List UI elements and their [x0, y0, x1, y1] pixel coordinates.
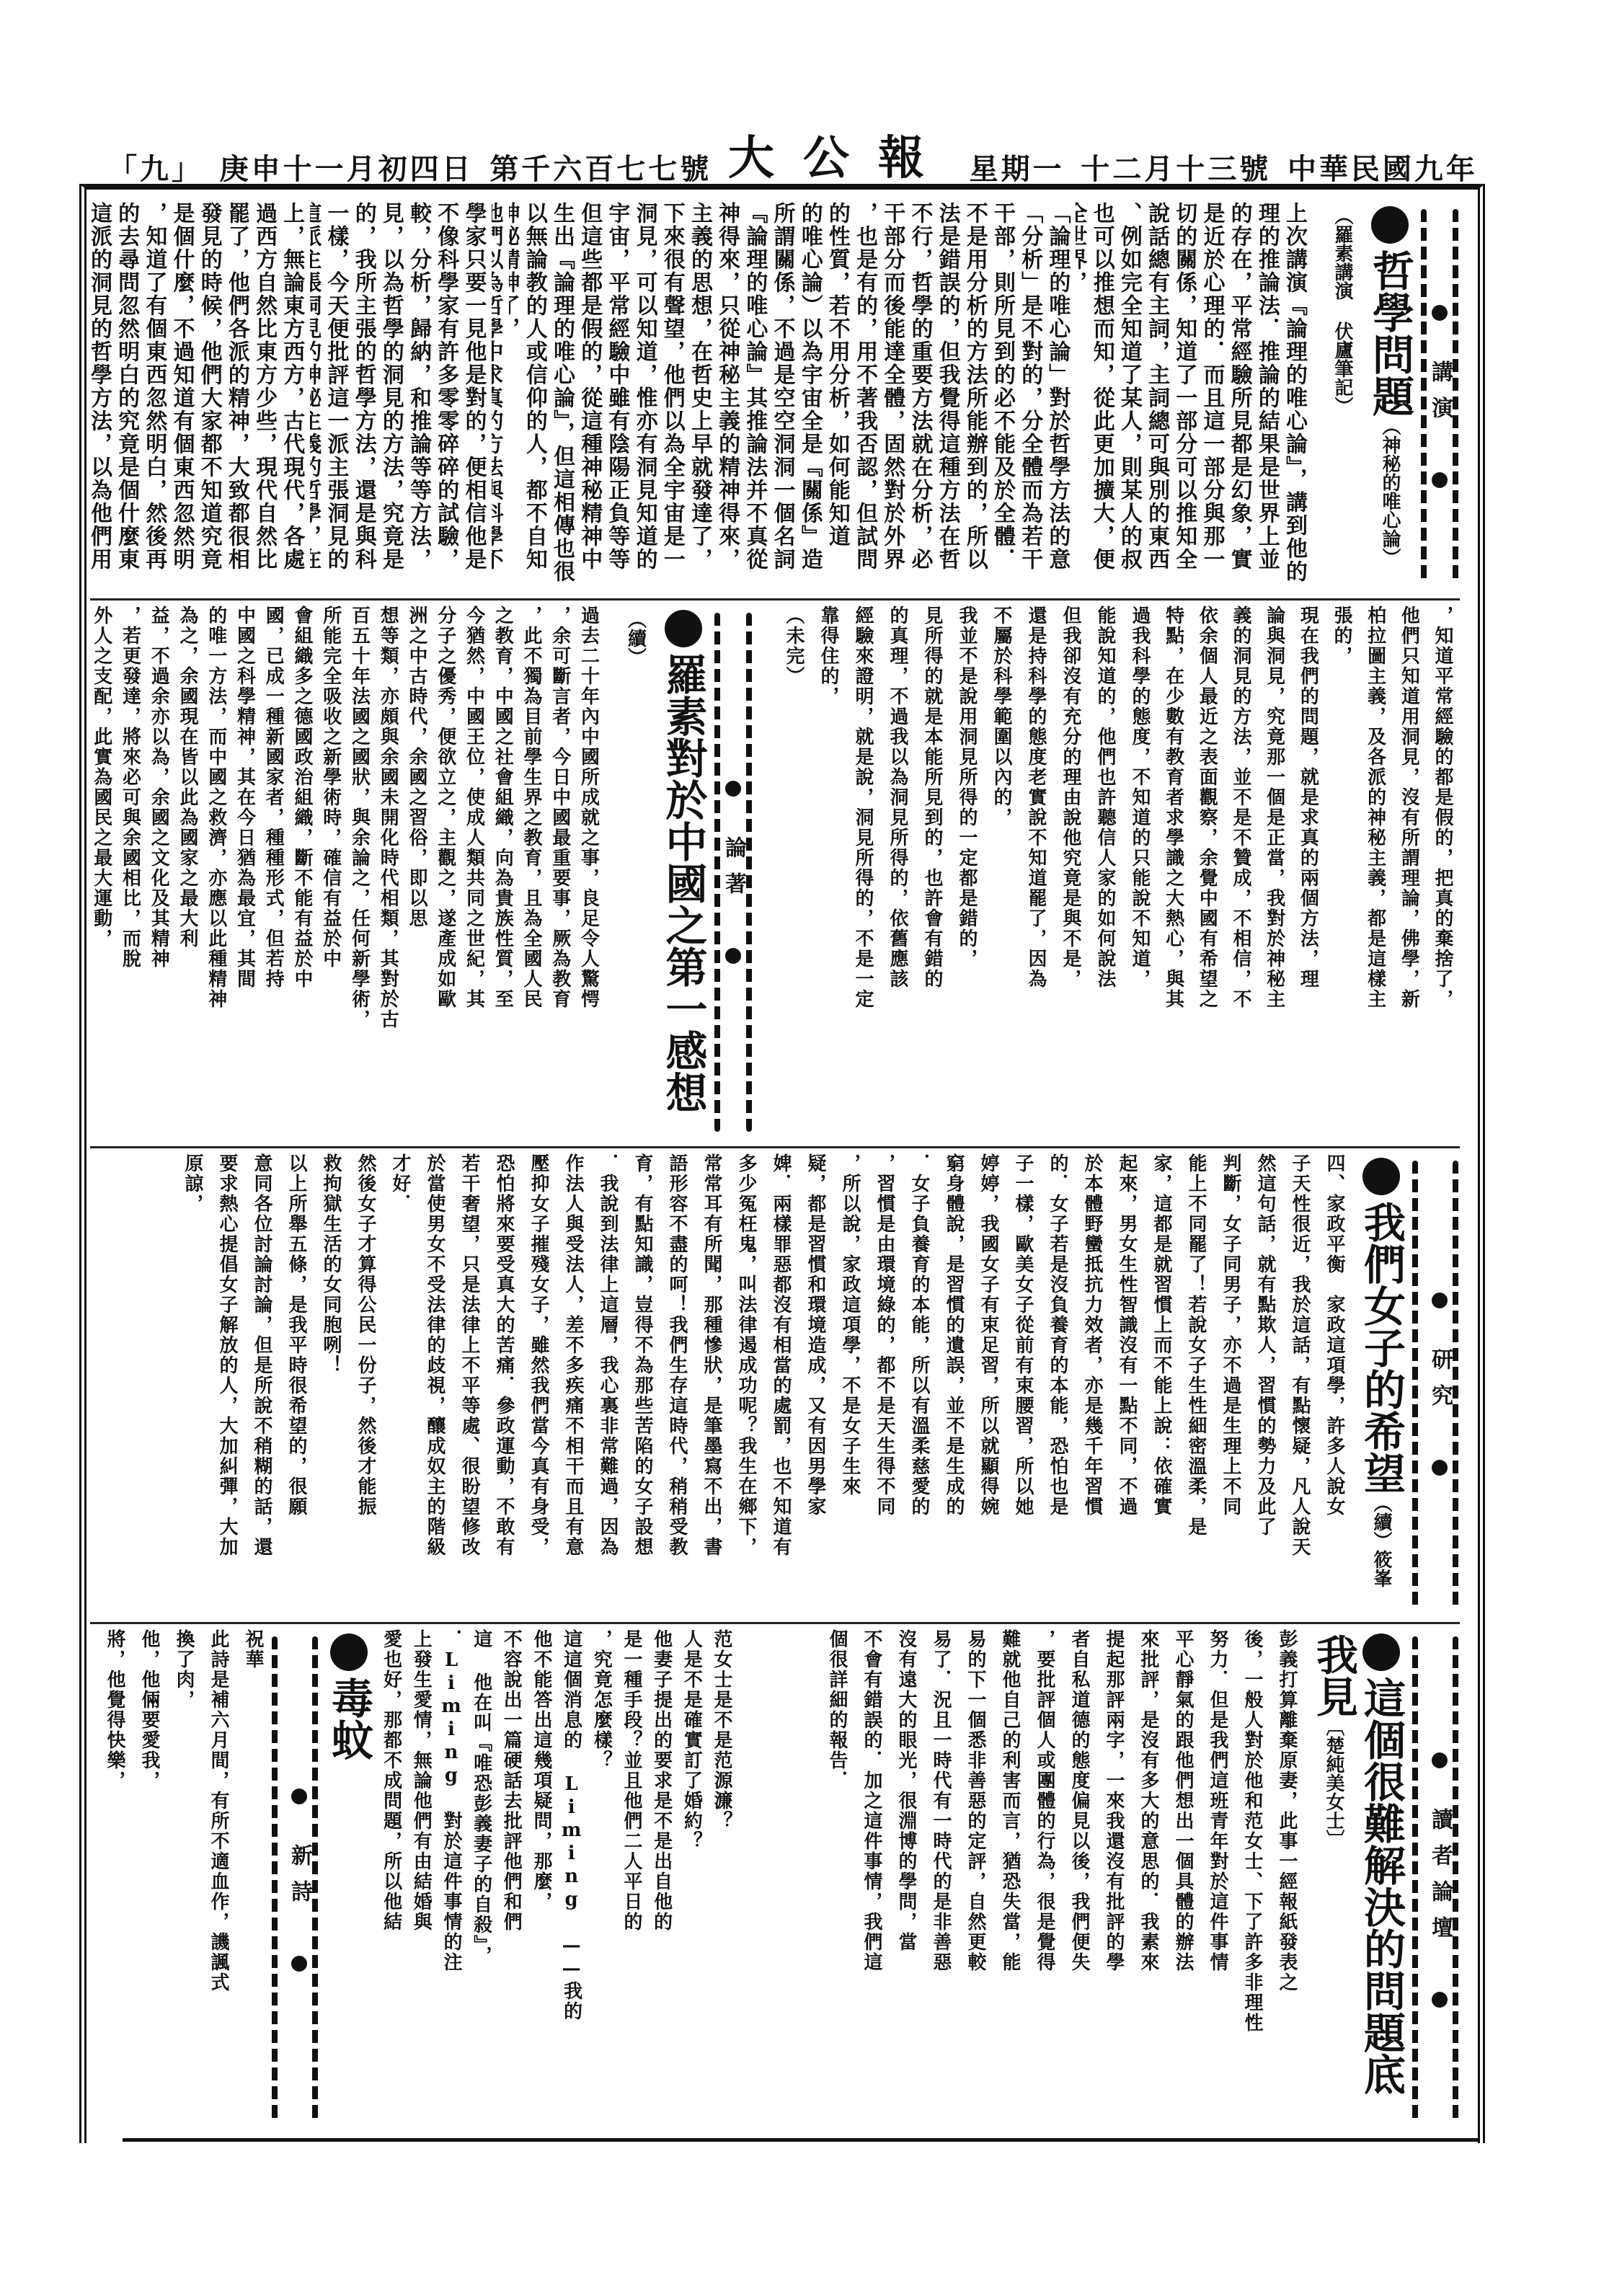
article-col: 他妻子提出的要求是不是出自他的: [649, 1622, 679, 2137]
article-col: 上次講演『論理的唯心論』，講到他的結: [1285, 195, 1313, 598]
bullet-icon: [1362, 1634, 1400, 1671]
right-col: 特點，在少數有教育者求學識之大熱心，與其: [1157, 598, 1191, 1146]
article-col: 彭義打算離棄原妻，此事一經報紙發表之: [1269, 1622, 1304, 2137]
bullet-icon: [291, 1956, 307, 1972]
article-col: 較，分析，歸納，和推論等等方法，但: [409, 195, 437, 598]
article-col: 意同各位討論討論，但是所說不稍糊的話，還: [244, 1146, 279, 1622]
article-col: 者自私道德的態度偏見以後，我們便失: [1062, 1622, 1096, 2137]
tail-col: 見所得的就是本能所見到的，也許會有錯的: [915, 598, 949, 1146]
band-commentary: ，知道平常經驗的都是假的，把真的棄捨了， 他們只知道用洞見，沒有所謂理論，佛學，…: [90, 598, 1460, 1148]
poem-line: 換了肉，: [167, 1622, 201, 2137]
publication-date: 十二月十三號: [1081, 146, 1271, 187]
article-col: 作法人與受法人，差不多疾痛不相干而且有意: [556, 1146, 590, 1622]
rubric-research: 研究: [1411, 1146, 1460, 1622]
article-col: 益，不過余亦以為，余國之文化及其精神: [148, 598, 177, 1146]
article-col: 中國之科學精神，其在今日猶為最宜，其間: [234, 598, 262, 1146]
forum-continuation: 范女士是不是范源濂？ 人是不是確實訂了婚約？ 他妻子提出的要求是不是出自他的 是…: [378, 1622, 739, 2137]
bullet-icon: [725, 948, 741, 964]
article-col: 以上所舉五條，是我平時很希望的，很願: [279, 1146, 314, 1622]
article-col: 過西方自然比東方少些，現代自然比古: [255, 195, 283, 598]
article-col: 然後女子才算得公民一份子，然後才能振: [348, 1146, 383, 1622]
article-col: 上，無論東方西方，古代現代，各處都: [283, 195, 310, 598]
article-col: ．Liming 對於這件事情的注: [438, 1622, 469, 2137]
article-col: 但這些都是假的，從這種神秘精神中影: [580, 195, 608, 598]
article-col: ，余可斷言者，今日中國最重要事，厥為教育: [549, 598, 577, 1146]
article-col: 洞見，可以知道，惟亦有洞見知道的纔: [635, 195, 662, 598]
article-col: 的唯心論）以為宇宙全是『關係』造成的: [801, 195, 828, 598]
article-col: 「分析」是不對的，分全體而為若干部分: [1021, 195, 1048, 598]
article-col: 的唯一方法，而中國之救濟，亦應以此種精神: [205, 598, 234, 1146]
article-col: 若干奢望，只是法律上不平等處、很盼望修改: [452, 1146, 487, 1622]
article-col: 這派主張洞見的神秘主義的哲學，在: [310, 195, 327, 598]
lunar-date: 庚申十一月初四日: [220, 146, 474, 187]
article-col: 這派的洞見的哲學方法，以為他們用了神秘: [90, 195, 118, 598]
article-col: 提起那評兩字，一來我還沒有批評的學: [1096, 1622, 1131, 2137]
article-col: 之教育，中國之社會組織，向為貴族性質，至: [492, 598, 520, 1146]
article-col: 全世界，: [1076, 195, 1092, 598]
article-col: 的存在，平常經驗所見都是幻象，實際存在的: [1230, 195, 1257, 598]
article-col: 子天性很近，我於這話，有點懷疑，凡人說天: [1282, 1146, 1317, 1622]
tail-col: 不屬於科學範圍以內的，: [984, 598, 1019, 1146]
article-col: 干部，則所見到的必不能及於全體．知道: [993, 195, 1021, 598]
article-col: 下來很有聲望，他們以為全宇宙是一個: [663, 195, 691, 598]
band-research: 研究 我們女子的希望（續）筱峯 四、家政平衡 家政這項學，許多人說女 子天性很近…: [90, 1146, 1460, 1624]
article-col: 才好．: [383, 1146, 417, 1622]
women-hope-section: 研究 我們女子的希望（續）筱峯 四、家政平衡 家政這項學，許多人說女 子天性很近…: [90, 1146, 1460, 1622]
article-col: 分子之優秀，便欲立之，主觀之，遂產成如歐: [434, 598, 463, 1146]
page-number: 「九」: [108, 146, 203, 187]
article-col: 神秘精神了，: [509, 195, 526, 598]
article-col: 這 他在叫『唯恐彭義妻子的自殺』，: [469, 1622, 499, 2137]
article-col: 沒有遠大的眼光，很淵博的學問，當: [889, 1622, 923, 2137]
article-col: 愛也好，那都不成問題，所以他結: [378, 1622, 409, 2137]
bullet-icon: [1432, 1752, 1448, 1768]
bullet-icon: [330, 1634, 368, 1671]
bullet-icon: [1432, 305, 1448, 321]
poem-section: 毒蚊 新詩 祝華 此詩是補六月間，有所不適血作，譏諷式 換了肉， 他，他倆要愛我…: [90, 1622, 378, 2137]
article-col: 要求熱心提倡女子解放的人，大加糾彈，大加: [210, 1146, 244, 1622]
article-col: ，若更發達，將來必可與余國相比，而脫: [119, 598, 148, 1146]
continuation-col: 論與洞見，究竟那一個是正當，我對於神秘主: [1258, 598, 1292, 1146]
article-col: 然這句話，就有點欺人，習慣的勢力及此了: [1248, 1146, 1282, 1622]
article-col: 判斷，女子同男子，亦不過是生理上不同: [1213, 1146, 1248, 1622]
article-col: 的，我所主張的哲學方法，還是與科學: [355, 195, 382, 598]
article-col: 育，有點知識，豈得不為那些苦陷的女子設想: [625, 1146, 660, 1622]
right-col: 依余個人最近之表面觀察，余覺中國有希望之: [1191, 598, 1225, 1146]
article-col: 的．女子若是沒負養育的本能，恐怕也是: [1040, 1146, 1075, 1622]
article-col: 來批評，是沒有多大的意思的．我素來: [1131, 1622, 1166, 2137]
article-col: 「論理的唯心論」對於哲學方法的意見: [1048, 195, 1076, 598]
article-col: 原諒，: [175, 1146, 210, 1622]
bullet-icon: [1432, 1460, 1448, 1476]
tail-col: 靠得住的，: [811, 598, 846, 1146]
article-col: 為之，余國現在皆以此為國家之最大利: [176, 598, 205, 1146]
article-col: 疑，都是習慣和環境造成，又有因男學家: [798, 1146, 833, 1622]
article-headline: 哲學問題（神秘的唯心論）（羅素講演 伏廬筆記）: [1313, 195, 1419, 598]
article-col: 所謂關係，不過是空空洞洞一個名詞而已，: [773, 195, 800, 598]
lecture-continuation: ，知道平常經驗的都是假的，把真的棄捨了， 他們只知道用洞見，沒有所謂理論，佛學，…: [1157, 598, 1460, 1146]
article-col: 不是用分析的方法所能辦到的，所以分析的方: [966, 195, 993, 598]
continuation-col: 張的，: [1325, 598, 1359, 1146]
article-col: 他不能答出這幾項疑問，那麼，: [528, 1622, 559, 2137]
article-col: 平心靜氣的跟他們想出一個具體的辦法: [1166, 1622, 1200, 2137]
article-col: 、例如完全知道了某人，則某人的叔叔伯伯等: [1120, 195, 1148, 598]
article-col: 是近於心理的．而且這一部分與那一部分有密: [1202, 195, 1230, 598]
rubric-forum: 讀者論壇: [1411, 1622, 1460, 2137]
bullet-icon: [665, 610, 702, 647]
article-col: 易的下一個悉非善惡的定評，自然更較: [958, 1622, 993, 2137]
article-col: ，此不獨為目前學生界之教育，且為全國人民: [520, 598, 549, 1146]
article-col: 不容說出一篇硬話去批評他們和們: [499, 1622, 529, 2137]
article-col: 恐怕將來要受真大的苦痛．參政運動，不敢有: [487, 1146, 521, 1622]
paper-name: 大公報: [728, 121, 953, 187]
article-col: 救拘獄生活的女同胞咧！: [314, 1146, 348, 1622]
article-col: 發見的時候，他們大家都不知道究竟忽然明白: [200, 195, 228, 598]
article-col: 努力．但是我們這班青年對於這件事情: [1200, 1622, 1235, 2137]
continuation-col: ，知道平常經驗的都是假的，把真的棄捨了，: [1426, 598, 1460, 1146]
article-col: 子一樣，歐美女子從前有束腰習，所以她: [1006, 1146, 1040, 1622]
article-col: ．我說到法律上這層，我心裏非常難過，因為: [590, 1146, 625, 1622]
article-col: 干部分而後能達全體，固然對於外界的關係: [883, 195, 910, 598]
article-col: 婷婷，我國女子有束足習，所以就顯得婉: [971, 1146, 1006, 1622]
poem-headline: 毒蚊: [319, 1622, 378, 2137]
article-col: 是個什麼，不過知道有個東西忽然明白就是了: [172, 195, 200, 598]
article-col: 語形容不盡的呵！我們生存這時代，稍稍受教: [660, 1146, 694, 1622]
article-col: 想等類，亦頗與余國未開化時代相類，其對於古: [377, 598, 406, 1146]
article-col: 不會有錯誤的．加之這件事情，我們這: [854, 1622, 889, 2137]
article-col: 所能完全吸收之新學術時，確信有益於中: [319, 598, 348, 1146]
article-col: 常常耳有所聞，那種慘狀，是筆墨寫不出，書: [694, 1146, 729, 1622]
article-headline: 我們女子的希望（續）筱峯: [1352, 1146, 1411, 1622]
article-col: ，所以說，家政這項學，不是女子生來: [833, 1146, 867, 1622]
article-col: 也可以推想而知，從此更加擴大，便可以推知: [1093, 195, 1120, 598]
article-col: 能上不同罷了！若說女子生性細密溫柔，是: [1179, 1146, 1213, 1622]
continuation-col: 他們只知道用洞見，沒有所謂理論，佛學，新: [1393, 598, 1427, 1146]
article-col: 四、家政平衡 家政這項學，許多人說女: [1317, 1146, 1352, 1622]
article-col: 上發生愛情，無論他們有由結婚與: [409, 1622, 439, 2137]
article-col: 易了．況且一時代有一時代的是非善惡: [923, 1622, 958, 2137]
band-lecture: 講演 哲學問題（神秘的唯心論）（羅素講演 伏廬筆記） 上次講演『論理的唯心論』，…: [90, 195, 1460, 600]
tail-col: 我並不是說用洞見所得的一定都是錯的，: [949, 598, 984, 1146]
rubric-lecture: 講演: [1419, 195, 1460, 598]
article-col: 是一種手段？並且他們二人平日的: [619, 1622, 649, 2137]
bullet-icon: [725, 781, 741, 797]
article-col: 見，以為哲學的洞見的方法，究竟是沒: [382, 195, 409, 598]
article-col: 說話總有主詞，主詞總可與別的東西發生關係: [1148, 195, 1175, 598]
article-col: 人是不是確實訂了婚約？: [679, 1622, 709, 2137]
article-col: 婢．兩樣罪惡都沒有相當的處罰，也不知道有: [763, 1146, 798, 1622]
article-col: 窮身體說，是習慣的遺誤，並不是生成的: [936, 1146, 971, 1622]
article-col: 法是錯誤的，但我覺得這種方法在哲學上: [938, 195, 965, 598]
article-col: 難就他自己的利害而言，猶恐失當，能: [993, 1622, 1027, 2137]
article-col: 一樣，今天便批評這一派主張洞見的哲: [327, 195, 354, 598]
article-col: 范女士是不是范源濂？: [709, 1622, 739, 2137]
article-col: 的去尋問忽然明白的究竟是個什麼東西，: [118, 195, 145, 598]
band-forum: 讀者論壇 這個很難解決的問題底我見〔楚純美女士〕 彭義打算離棄原妻，此事一經報紙…: [90, 1622, 1460, 2137]
bullet-icon: [1371, 206, 1409, 244]
lecture-tail-section: 過我科學的態度，不知道的只能說不知道， 能說知道的，他們也許聽信人家的如何說法 …: [753, 598, 1157, 1146]
article-col: 過去二十年內中國所成就之事，良足令人驚愕: [577, 598, 606, 1146]
article-headline: 羅素對於中國之第一感想（續）: [606, 598, 713, 1146]
tail-col: 但我卻沒有充分的理由說他究竟是與不是，: [1053, 598, 1088, 1146]
issue-number: 第千六百七七號: [489, 146, 712, 187]
poem-line: 將，他覺得快樂，: [97, 1622, 132, 2137]
article-col: 學家只要一見他是對的，便相信他是對: [464, 195, 492, 598]
poem-note: 此詩是補六月間，有所不適血作，譏諷式: [201, 1622, 236, 2137]
tail-col: 過我科學的態度，不知道的只能說不知道，: [1122, 598, 1157, 1146]
article-col: 百五十年法國之國狀，與余論之，任何新學術，: [348, 598, 377, 1146]
bullet-icon: [1432, 1992, 1448, 2008]
continuation-col: 柏拉圖主義，及各派的神秘主義，都是這樣主: [1359, 598, 1393, 1146]
article-col: 他們以為哲學中求真的方法與科學不: [492, 195, 508, 598]
tail-col: 經驗來證明，就是說，洞見所得的，不是一定: [846, 598, 880, 1146]
rubric-essay: 論著: [713, 598, 753, 1146]
article-col: 於本體野蠻抵抗力效者，亦是幾千年習慣: [1075, 1146, 1109, 1622]
article-col: 起來，男女生性智識沒有一點不同，不過: [1109, 1146, 1144, 1622]
article-col: 家，這都是就習慣上而不能上說：依確實: [1144, 1146, 1179, 1622]
article-col: 這這個消息的 Liming ——我的: [559, 1622, 589, 2137]
weekday: 星期一: [970, 146, 1065, 187]
tail-col: 還是持科學的態度老實說不知道罷了，因為: [1019, 598, 1053, 1146]
article-col: ，知道了有個東西忽然明白，然後再漸漸: [145, 195, 172, 598]
article-col: 後，一般人對於他和范女士、下了許多非理性: [1235, 1622, 1269, 2137]
article-col: 外人之支配，此實為國民之最大運動，: [90, 598, 119, 1146]
article-col: ，究竟怎麼樣？: [589, 1622, 619, 2137]
rubric-poem: 新詩: [270, 1622, 319, 2137]
article-col: 於當使男女不受法律的歧視，釀成奴主的階級: [417, 1146, 452, 1622]
article-col: 壓抑女子摧殘女子，雖然我們當今真有身受，: [521, 1146, 556, 1622]
article-col: 國，已成一種新國家者，種種形式，但若持: [262, 598, 291, 1146]
article-col: 宇宙，平常經驗中雖有陰陽正負等等的: [608, 195, 635, 598]
masthead: 中華民國九年 十二月十三號 星期一 大公報 第千六百七七號 庚申十一月初四日 「…: [108, 137, 1478, 187]
article-col: 洲之中古時代，余國之習俗，即以思: [405, 598, 434, 1146]
continuation-col: 現在我們的問題，就是求真的兩個方法，理: [1292, 598, 1326, 1146]
article-col: ，也是有的，用不著我否認，但試問對於內面: [856, 195, 883, 598]
forum-section: 讀者論壇 這個很難解決的問題底我見〔楚純美女士〕 彭義打算離棄原妻，此事一經報紙…: [739, 1622, 1460, 2137]
article-col: 的性質，若不用分析，如何能知道呢，: [828, 195, 856, 598]
tail-col: 的真理，不過我以為洞見所得的，依舊應該: [880, 598, 915, 1146]
bullet-icon: [1432, 472, 1448, 488]
to-be-continued: （未完）: [776, 598, 811, 1146]
republic-year: 中華民國九年: [1288, 146, 1478, 187]
article-col: 生出『論理的唯心論』，但這相傳也很久: [553, 195, 580, 598]
article-col: 『論理的唯心論』其推論法并不真從論理: [745, 195, 773, 598]
bullet-icon: [1362, 1158, 1400, 1195]
article-col: 神得來，只從神秘主義的精神得來，這: [718, 195, 745, 598]
article-col: 不行，哲學的重要方法就在分析，必分析為若: [910, 195, 938, 598]
lecture-section: 講演 哲學問題（神秘的唯心論）（羅素講演 伏廬筆記） 上次講演『論理的唯心論』，…: [90, 195, 1460, 598]
bullet-icon: [1432, 1293, 1448, 1308]
article-col: 不像科學家有許多零零碎碎的試驗，觀: [437, 195, 464, 598]
article-col: 會組織多之德國政治組織，斷不能有益於中: [291, 598, 319, 1146]
article-col: 罷了，他們各派的精神，大致都很相像: [228, 195, 255, 598]
poem-author: 祝華: [236, 1622, 270, 2137]
article-col: 多少冤枉鬼，叫法律遏成功呢？我生在鄉下，: [729, 1146, 763, 1622]
article-col: 主義的思想，在哲史上早就發達了，所: [691, 195, 718, 598]
tail-col: 能說知道的，他們也許聽信人家的如何說法: [1088, 598, 1122, 1146]
article-col: ．女子負養育的本能，所以有溫柔慈愛的: [902, 1146, 936, 1622]
article-col: 切的關係，知道了一部分可以推知全體的，凡: [1175, 195, 1202, 598]
article-col: 理的推論法．推論的結果是世界上並沒有: [1258, 195, 1285, 598]
bottom-rule: [123, 2138, 1478, 2142]
article-col: 以無論教的人或信仰的人，都不自知其: [526, 195, 553, 598]
russell-section: 論著 羅素對於中國之第一感想（續） 過去二十年內中國所成就之事，良足令人驚愕 ，…: [90, 598, 753, 1146]
poem-line: 他，他倆要愛我，: [132, 1622, 167, 2137]
article-col: ，要批評個人或團體的行為，很是覺得: [1027, 1622, 1062, 2137]
bullet-icon: [291, 1789, 307, 1804]
article-col: 個很詳細的報告．: [820, 1622, 854, 2137]
article-headline: 這個很難解決的問題底我見〔楚純美女士〕: [1304, 1622, 1411, 2137]
article-col: 今猶然，中國王位，使成人類共同之世紀，其: [463, 598, 492, 1146]
continuation-col: 義的洞見的方法，並不是不贊成，不相信，不: [1224, 598, 1258, 1146]
article-col: ，習慣是由環境綠的，都不是天生得不同: [867, 1146, 902, 1622]
